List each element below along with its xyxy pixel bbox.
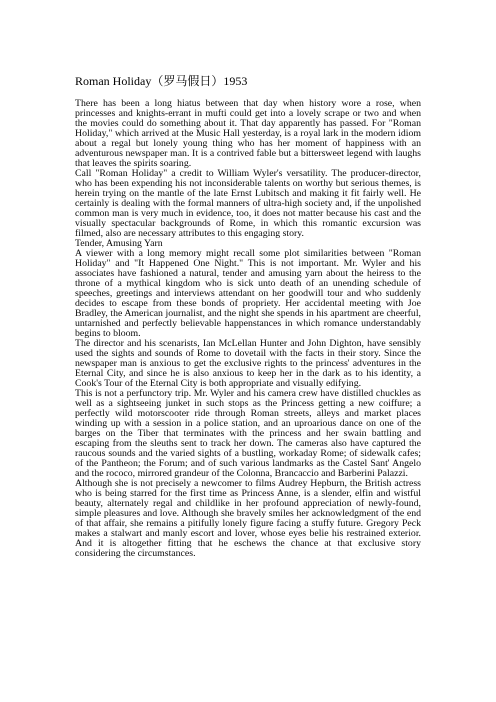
paragraph-wyler-credit: Call "Roman Holiday" a credit to William… (75, 169, 421, 239)
paragraph-sightseeing: This is not a perfunctory trip. Mr. Wyle… (75, 389, 421, 479)
paragraph-cast: Although she is not precisely a newcomer… (75, 479, 421, 559)
paragraph-plot-yarn: A viewer with a long memory might recall… (75, 249, 421, 339)
paragraph-intro: There has been a long hiatus between tha… (75, 99, 421, 169)
document-page: Roman Holiday（罗马假日）1953 There has been a… (0, 0, 496, 702)
paragraph-scenarists: The director and his scenarists, Ian McL… (75, 339, 421, 389)
document-body: There has been a long hiatus between tha… (75, 99, 421, 559)
document-title: Roman Holiday（罗马假日）1953 (75, 74, 421, 89)
